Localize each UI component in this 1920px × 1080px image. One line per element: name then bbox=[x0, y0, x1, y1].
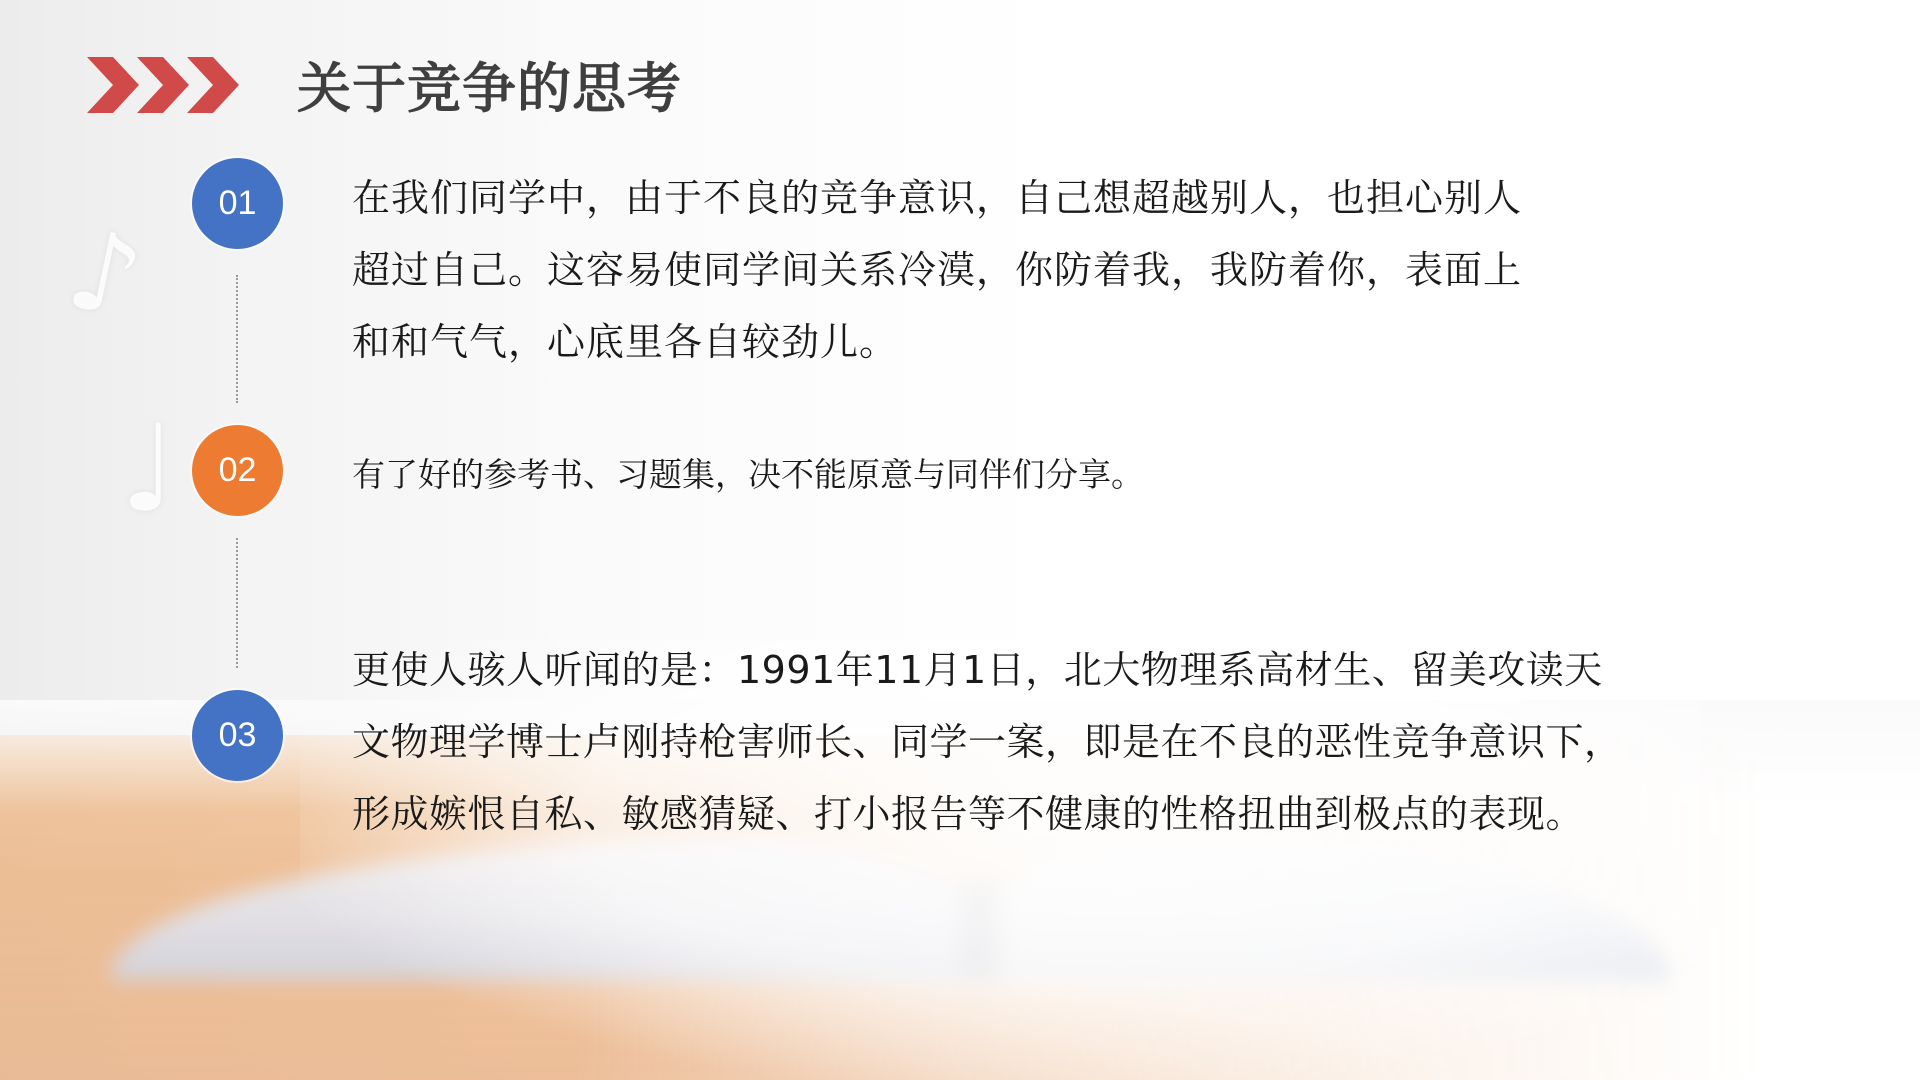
step-badge-03: 03 bbox=[192, 690, 283, 781]
text-line: 和和气气，心底里各自较劲儿。 bbox=[352, 306, 1522, 378]
text-line: 有了好的参考书、习题集，决不能原意与同伴们分享。 bbox=[352, 452, 1144, 498]
text-line: 超过自己。这容易使同学间关系冷漠，你防着我，我防着你，表面上 bbox=[352, 234, 1522, 306]
timeline-connector bbox=[236, 275, 238, 403]
step-badge-01: 01 bbox=[192, 158, 283, 249]
chevron-arrows-icon bbox=[87, 57, 247, 113]
step-badge-02: 02 bbox=[192, 425, 283, 516]
music-note-icon: ♪ bbox=[57, 204, 152, 344]
music-note-icon: ♩ bbox=[120, 400, 177, 539]
text-line: 更使人骇人听闻的是：1991年11月1日，北大物理系高材生、留美攻读天 bbox=[352, 634, 1623, 706]
text-line: 在我们同学中，由于不良的竞争意识，自己想超越别人，也担心别人 bbox=[352, 162, 1522, 234]
item-02-text: 有了好的参考书、习题集，决不能原意与同伴们分享。 bbox=[352, 452, 1144, 498]
text-line: 形成嫉恨自私、敏感猜疑、打小报告等不健康的性格扭曲到极点的表现。 bbox=[352, 778, 1623, 850]
item-03-text: 更使人骇人听闻的是：1991年11月1日，北大物理系高材生、留美攻读天 文物理学… bbox=[352, 634, 1623, 850]
page-title: 关于竞争的思考 bbox=[297, 56, 682, 120]
item-01-text: 在我们同学中，由于不良的竞争意识，自己想超越别人，也担心别人 超过自己。这容易使… bbox=[352, 162, 1522, 378]
text-line: 文物理学博士卢刚持枪害师长、同学一案，即是在不良的恶性竞争意识下， bbox=[352, 706, 1623, 778]
slide: ♪ ♩ 关于竞争的思考 01 02 03 在我们同学中，由于不良的竞争意识，自己… bbox=[0, 0, 1920, 1080]
timeline-connector bbox=[236, 538, 238, 668]
